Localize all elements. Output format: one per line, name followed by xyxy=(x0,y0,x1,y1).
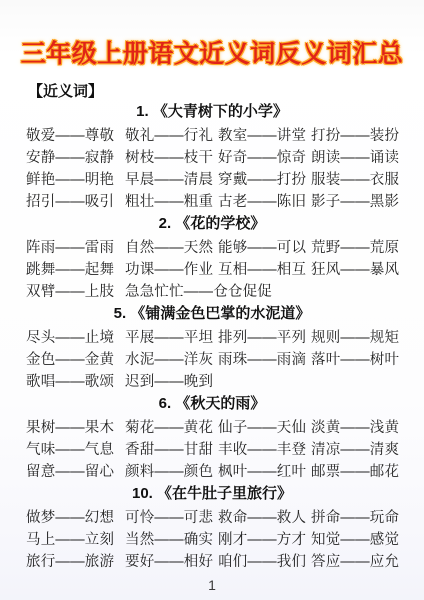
word-pair: 雨珠——雨滴 xyxy=(218,349,311,371)
word-row: 歌唱——歌颂 迟到——晚到 xyxy=(26,371,398,393)
word-pair: 打扮——装扮 xyxy=(311,125,399,147)
word-pair: 朗读——诵读 xyxy=(311,147,399,169)
section-heading: 5. 《铺满金色巴掌的水泥道》 xyxy=(0,303,424,325)
word-row: 双臂——上肢 急急忙忙——仓仓促促 xyxy=(26,281,398,303)
section-6: 6. 《秋天的雨》 果树——果木 菊花——黄花 仙子——天仙 淡黄——浅黄 气味… xyxy=(0,393,424,483)
word-pair: 双臂——上肢 xyxy=(26,281,125,303)
word-row: 招引——吸引 粗壮——粗重 古老——陈旧 影子——黑影 xyxy=(26,191,398,213)
document-page: 三年级上册语文近义词反义词汇总 【近义词】 1. 《大青树下的小学》 敬爱——尊… xyxy=(0,0,424,600)
word-row: 跳舞——起舞 功课——作业 互相——相互 狂风——暴风 xyxy=(26,259,398,281)
page-title: 三年级上册语文近义词反义词汇总 xyxy=(0,0,424,70)
word-pair: 留意——留心 xyxy=(26,461,125,483)
word-pair: 马上——立刻 xyxy=(26,529,125,551)
word-pair: 荒野——荒原 xyxy=(311,237,399,259)
word-pair: 早晨——清晨 xyxy=(125,169,218,191)
word-pair: 自然——天然 xyxy=(125,237,218,259)
word-pair: 要好——相好 xyxy=(125,551,218,573)
word-pair: 平展——平坦 xyxy=(125,327,218,349)
word-pair: 邮票——邮花 xyxy=(311,461,399,483)
word-pair: 穿戴——打扮 xyxy=(218,169,311,191)
word-row: 马上——立刻 当然——确实 刚才——方才 知觉——感觉 xyxy=(26,529,398,551)
word-pair: 落叶——树叶 xyxy=(311,349,399,371)
word-pair: 功课——作业 xyxy=(125,259,218,281)
section-1: 1. 《大青树下的小学》 敬爱——尊敬 敬礼——行礼 教室——讲堂 打扮——装扮… xyxy=(0,101,424,213)
word-pair: 做梦——幻想 xyxy=(26,507,125,529)
synonym-category-label: 【近义词】 xyxy=(28,83,424,101)
word-pair: 仙子——天仙 xyxy=(218,417,311,439)
page-number: 1 xyxy=(0,577,424,593)
word-pair: 颜料——颜色 xyxy=(125,461,218,483)
section-heading: 2. 《花的学校》 xyxy=(0,213,424,235)
word-pair: 知觉——感觉 xyxy=(311,529,399,551)
word-row: 金色——金黄 水泥——洋灰 雨珠——雨滴 落叶——树叶 xyxy=(26,349,398,371)
word-row: 果树——果木 菊花——黄花 仙子——天仙 淡黄——浅黄 xyxy=(26,417,398,439)
section-2: 2. 《花的学校》 阵雨——雷雨 自然——天然 能够——可以 荒野——荒原 跳舞… xyxy=(0,213,424,303)
word-pair: 阵雨——雷雨 xyxy=(26,237,125,259)
word-pair: 粗壮——粗重 xyxy=(125,191,218,213)
word-pair: 好奇——惊奇 xyxy=(218,147,311,169)
word-row: 敬爱——尊敬 敬礼——行礼 教室——讲堂 打扮——装扮 xyxy=(26,125,398,147)
word-pair: 敬礼——行礼 xyxy=(125,125,218,147)
word-row: 尽头——止境 平展——平坦 排列——平列 规则——规矩 xyxy=(26,327,398,349)
word-pair: 枫叶——红叶 xyxy=(218,461,311,483)
word-pair: 歌唱——歌颂 xyxy=(26,371,125,393)
word-pair: 急急忙忙——仓仓促促 xyxy=(125,281,311,303)
word-pair: 树枝——枝干 xyxy=(125,147,218,169)
word-pair: 淡黄——浅黄 xyxy=(311,417,399,439)
word-row: 阵雨——雷雨 自然——天然 能够——可以 荒野——荒原 xyxy=(26,237,398,259)
word-pair: 互相——相互 xyxy=(218,259,311,281)
section-heading: 6. 《秋天的雨》 xyxy=(0,393,424,415)
word-pair: 香甜——甘甜 xyxy=(125,439,218,461)
word-pair: 招引——吸引 xyxy=(26,191,125,213)
word-pair: 安静——寂静 xyxy=(26,147,125,169)
word-pair: 能够——可以 xyxy=(218,237,311,259)
word-row: 留意——留心 颜料——颜色 枫叶——红叶 邮票——邮花 xyxy=(26,461,398,483)
word-pair: 敬爱——尊敬 xyxy=(26,125,125,147)
word-pair: 救命——救人 xyxy=(218,507,311,529)
word-pair: 影子——黑影 xyxy=(311,191,399,213)
word-pair: 刚才——方才 xyxy=(218,529,311,551)
word-pair: 气味——气息 xyxy=(26,439,125,461)
section-5: 5. 《铺满金色巴掌的水泥道》 尽头——止境 平展——平坦 排列——平列 规则—… xyxy=(0,303,424,393)
word-row: 安静——寂静 树枝——枝干 好奇——惊奇 朗读——诵读 xyxy=(26,147,398,169)
word-pair: 咱们——我们 xyxy=(218,551,311,573)
word-pair: 旅行——旅游 xyxy=(26,551,125,573)
word-pair: 拼命——玩命 xyxy=(311,507,399,529)
word-pair: 教室——讲堂 xyxy=(218,125,311,147)
word-pair: 答应——应允 xyxy=(311,551,399,573)
word-pair: 鲜艳——明艳 xyxy=(26,169,125,191)
word-row: 气味——气息 香甜——甘甜 丰收——丰登 清凉——清爽 xyxy=(26,439,398,461)
section-10: 10. 《在牛肚子里旅行》 做梦——幻想 可怜——可悲 救命——救人 拼命——玩… xyxy=(0,483,424,573)
word-pair: 古老——陈旧 xyxy=(218,191,311,213)
word-pair: 规则——规矩 xyxy=(311,327,399,349)
word-pair: 跳舞——起舞 xyxy=(26,259,125,281)
word-pair: 清凉——清爽 xyxy=(311,439,399,461)
word-row: 旅行——旅游 要好——相好 咱们——我们 答应——应允 xyxy=(26,551,398,573)
word-pair: 服装——衣服 xyxy=(311,169,399,191)
word-pair: 丰收——丰登 xyxy=(218,439,311,461)
section-heading: 1. 《大青树下的小学》 xyxy=(0,101,424,123)
word-pair: 当然——确实 xyxy=(125,529,218,551)
word-pair: 迟到——晚到 xyxy=(125,371,218,393)
word-row: 鲜艳——明艳 早晨——清晨 穿戴——打扮 服装——衣服 xyxy=(26,169,398,191)
word-pair: 排列——平列 xyxy=(218,327,311,349)
word-pair: 水泥——洋灰 xyxy=(125,349,218,371)
word-pair: 狂风——暴风 xyxy=(311,259,399,281)
word-row: 做梦——幻想 可怜——可悲 救命——救人 拼命——玩命 xyxy=(26,507,398,529)
word-pair: 尽头——止境 xyxy=(26,327,125,349)
word-pair: 金色——金黄 xyxy=(26,349,125,371)
word-pair: 果树——果木 xyxy=(26,417,125,439)
word-pair: 可怜——可悲 xyxy=(125,507,218,529)
word-pair: 菊花——黄花 xyxy=(125,417,218,439)
section-heading: 10. 《在牛肚子里旅行》 xyxy=(0,483,424,505)
